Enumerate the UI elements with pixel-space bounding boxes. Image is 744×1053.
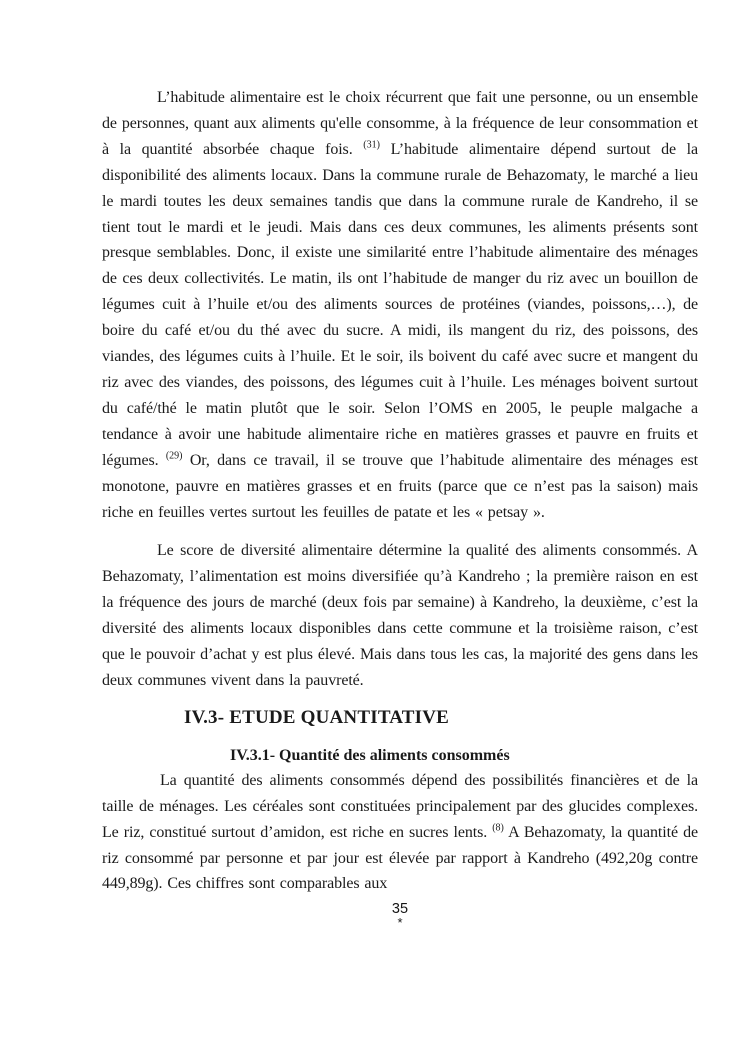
paragraph-diversity-score: Le score de diversité alimentaire déterm… — [102, 538, 698, 693]
footnote-ref-29: (29) — [166, 450, 183, 461]
para1-text-2: L’habitude alimentaire dépend surtout de… — [102, 141, 698, 469]
paragraph-quantity: La quantité des aliments consommés dépen… — [102, 768, 698, 898]
para1-text-3: Or, dans ce travail, il se trouve que l’… — [102, 452, 698, 521]
section-heading: IV.3- ETUDE QUANTITATIVE — [184, 706, 698, 730]
page-body: L’habitude alimentaire est le choix récu… — [102, 85, 698, 929]
document-page: L’habitude alimentaire est le choix récu… — [0, 0, 744, 1053]
paragraph-food-habit: L’habitude alimentaire est le choix récu… — [102, 85, 698, 525]
page-footer: 35 * — [102, 901, 698, 929]
footnote-ref-31: (31) — [363, 139, 380, 150]
footnote-ref-8: (8) — [492, 822, 504, 833]
footnote-asterisk: * — [102, 917, 698, 929]
subsection-heading: IV.3.1- Quantité des aliments consommés — [230, 745, 698, 766]
